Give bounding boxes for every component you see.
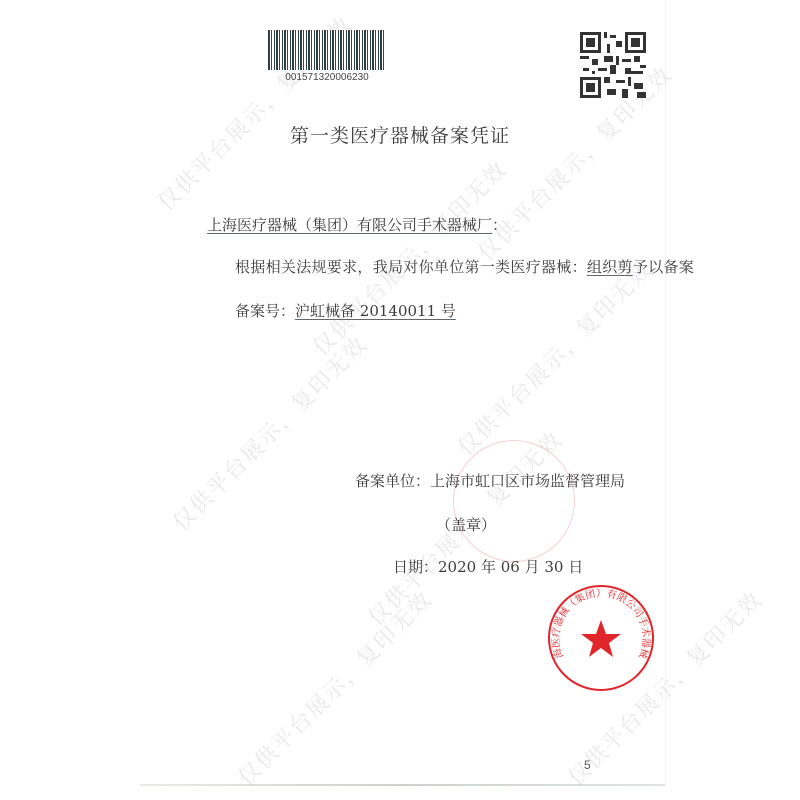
faint-issuer-seal [453,440,575,562]
star-icon [581,620,621,657]
record-number: 沪虹械备 20140011 号 [295,302,456,320]
qr-code [580,32,646,98]
barcode-number: 001571320006230 [268,72,386,83]
recipient-line: 上海医疗器械（集团）有限公司手术器械厂： [207,214,507,235]
record-number-line: 备案号：沪虹械备 20140011 号 [235,300,456,321]
seal-note: （盖章） [436,514,496,535]
page-number: 5 [584,758,591,772]
barcode [268,30,386,70]
date-line: 日期：2020 年 06 月 30 日 [393,556,583,577]
document-title: 第一类医疗器械备案凭证 [0,121,800,148]
recipient-name: 上海医疗器械（集团）有限公司手术器械厂 [207,216,492,234]
issuer-line: 备案单位：上海市虹口区市场监督管理局 [355,470,625,491]
body-line: 根据相关法规要求，我局对你单位第一类医疗器械：组织剪予以备案 [235,256,694,277]
company-seal: 上海医疗器械（集团）有限公司手术器械厂 [545,582,657,694]
page-edge [140,784,665,786]
device-name: 组织剪 [587,258,633,276]
